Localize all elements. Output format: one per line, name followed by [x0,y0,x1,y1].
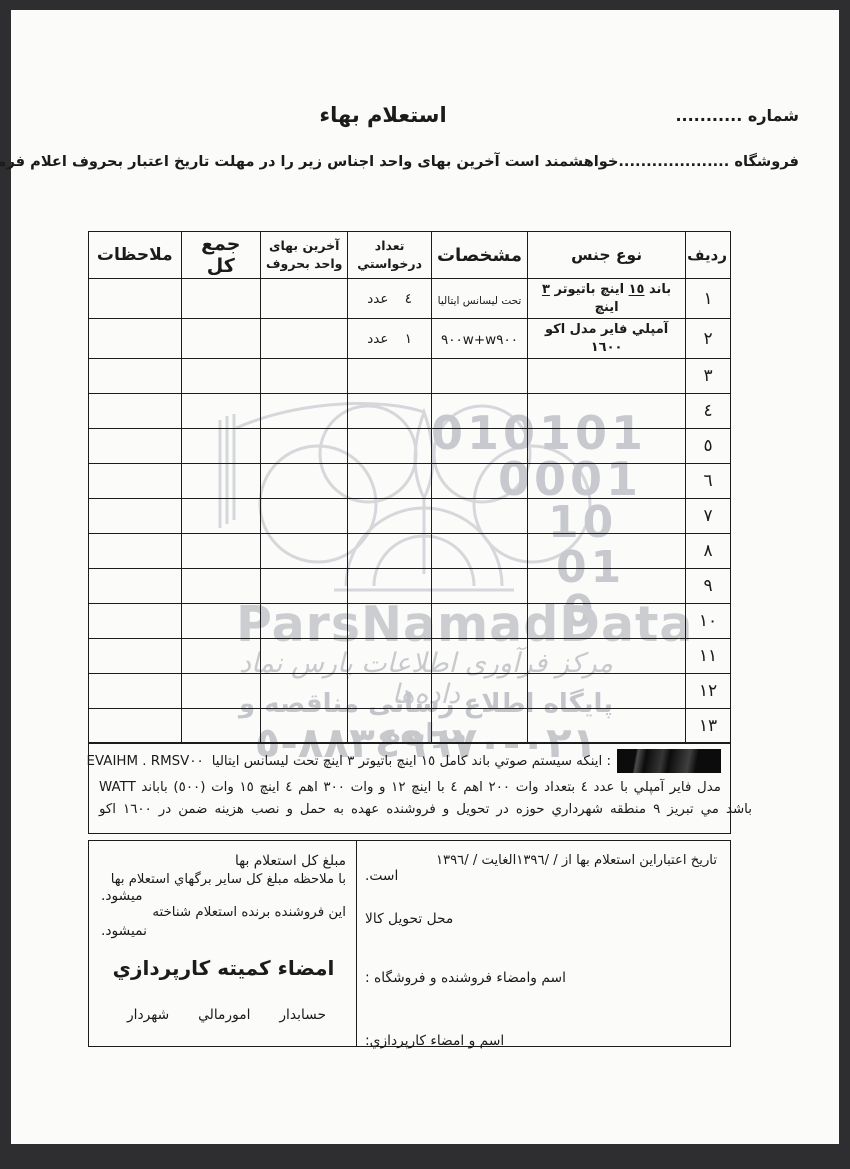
cell-unit_price [261,569,348,604]
cell-specs [431,394,527,429]
cell-unit_price [261,674,348,709]
col-header-unit-price-in-words: آخرین بهایواحد بحروف [261,232,348,279]
col-header-item-type: نوع جنس [528,232,686,279]
cell-type [528,534,686,569]
cell-unit_price [261,319,348,359]
table-row: ٣ [89,359,731,394]
table-row: ٦ [89,464,731,499]
cell-specs: ٩٠٠w+w٩٠٠ [431,319,527,359]
winner-note-continuation: نمیشود. [101,923,346,939]
cell-remarks [89,674,182,709]
cell-remarks [89,279,182,319]
cell-type [528,604,686,639]
cell-type: آمپلي فاير مدل اکو١٦٠٠ [528,319,686,359]
cell-qty [348,464,431,499]
note-line-2-latin: WATT [99,780,136,795]
cell-remarks [89,464,182,499]
cell-type [528,709,686,744]
procurement-officer-signature-label: اسم و امضاء کارپردازي: [365,1033,717,1049]
committee-signature-title: امضاء کمیته کارپردازي [101,956,346,980]
signer-mayor: شهردار [127,1007,169,1023]
cell-type [528,429,686,464]
items-table-body: ١باند ١٥ اینچ باتیوتر ٣اینچتحت لیسانس ای… [89,279,731,744]
cell-total [181,319,261,359]
cell-qty [348,639,431,674]
items-table-wrap: ردیف نوع جنس مشخصات تعداددرخواستي آخرین … [88,231,731,744]
other-sheets-note-line: با ملاحظه مبلغ کل سایر برگهاي استعلام به… [101,872,346,887]
note-line-1: : اینکه سیستم صوتي باند کامل ١٥ اینچ بات… [99,749,721,773]
cell-total [181,429,261,464]
col-header-grand-total: جمع کل [181,232,261,279]
serial-number-label: شماره ........... [675,106,799,125]
signer-financial-affairs: امورمالي [198,1007,250,1023]
cell-no: ١١ [686,639,731,674]
cell-qty: ١ عدد [348,319,431,359]
cell-qty [348,674,431,709]
table-row: ٧ [89,499,731,534]
scanned-form-page: 010101 0001 10 01 0 ParsNamadData مرکز ف… [11,10,839,1144]
winner-note-line: این فروشنده برنده استعلام شناخته [101,905,346,920]
cell-qty [348,604,431,639]
cell-remarks [89,709,182,744]
other-sheets-note-continuation: میشود. [101,888,346,904]
cell-total [181,569,261,604]
cell-remarks [89,429,182,464]
cell-unit_price [261,709,348,744]
cell-no: ٨ [686,534,731,569]
table-row: ٩ [89,569,731,604]
col-header-row-number: ردیف [686,232,731,279]
cell-remarks [89,394,182,429]
seller-signature-label: اسم وامضاء فروشنده و فروشگاه : [365,970,717,986]
cell-specs [431,604,527,639]
cell-type [528,359,686,394]
cell-unit_price [261,429,348,464]
total-amount-label: مبلغ کل استعلام بها [101,853,346,869]
cell-total [181,359,261,394]
signer-roles-row: حسابدار امورمالي شهردار [101,1007,346,1023]
note-line-2: WATT باباند(٥٠٠)وات١٥اینچ٤اهم٣٠٠واتو١٢ای… [99,780,721,795]
page-title: استعلام بهاء [303,103,463,127]
cell-unit_price [261,359,348,394]
table-row: ١٢ [89,674,731,709]
redacted-stamp [617,749,721,773]
cell-no: ١٢ [686,674,731,709]
cell-unit_price [261,499,348,534]
cell-specs [431,569,527,604]
cell-qty [348,359,431,394]
cell-qty [348,429,431,464]
note-line-3: اکو١٦٠٠درضمنهزینهنصبوحملبهعهدهفروشندهوتح… [99,802,721,817]
table-header-row: ردیف نوع جنس مشخصات تعداددرخواستي آخرین … [89,232,731,279]
validity-dates-line: تاریخ اعتباراین استعلام بها از / /١٣٩٦ال… [365,853,717,868]
cell-no: ٤ [686,394,731,429]
cell-remarks [89,319,182,359]
cell-remarks [89,359,182,394]
cell-unit_price [261,534,348,569]
table-row: ٢آمپلي فاير مدل اکو١٦٠٠٩٠٠w+w٩٠٠١ عدد [89,319,731,359]
delivery-place-label: محل تحویل کالا [365,911,717,927]
cell-specs [431,359,527,394]
table-row: ١١ [89,639,731,674]
cell-no: ٧ [686,499,731,534]
note-line-1-text: : اینکه سیستم صوتي باند کامل ١٥ اینچ بات… [212,754,611,769]
cell-specs [431,499,527,534]
col-header-specs: مشخصات [431,232,527,279]
cell-specs: تحت لیسانس ایتالیا [431,279,527,319]
cell-total [181,464,261,499]
cell-no: ١ [686,279,731,319]
cell-qty [348,534,431,569]
cell-qty [348,709,431,744]
cell-remarks [89,639,182,674]
cell-specs [431,709,527,744]
cell-type [528,464,686,499]
signature-right-column: تاریخ اعتباراین استعلام بها از / /١٣٩٦ال… [356,841,730,1046]
cell-no: ٢ [686,319,731,359]
cell-unit_price [261,279,348,319]
cell-unit_price [261,394,348,429]
cell-unit_price [261,604,348,639]
cell-no: ٩ [686,569,731,604]
cell-specs [431,674,527,709]
cell-type [528,394,686,429]
cell-total [181,499,261,534]
cell-remarks [89,499,182,534]
items-table: ردیف نوع جنس مشخصات تعداددرخواستي آخرین … [88,231,731,744]
cell-no: ٣ [686,359,731,394]
cell-qty [348,394,431,429]
cell-type [528,499,686,534]
signature-left-column: مبلغ کل استعلام بها با ملاحظه مبلغ کل سا… [89,841,356,1046]
col-header-requested-qty: تعداددرخواستي [348,232,431,279]
table-row: ١٣ [89,709,731,744]
cell-specs [431,429,527,464]
cell-total [181,604,261,639]
table-row: ١٠ [89,604,731,639]
cell-total [181,709,261,744]
cell-type [528,639,686,674]
cell-qty [348,569,431,604]
table-row: ٥ [89,429,731,464]
cell-remarks [89,569,182,604]
cell-no: ٥ [686,429,731,464]
cell-total [181,674,261,709]
col-header-remarks: ملاحظات [89,232,182,279]
signer-accountant: حسابدار [279,1007,326,1023]
cell-no: ١٣ [686,709,731,744]
cell-total [181,394,261,429]
table-row: ٤ [89,394,731,429]
cell-total [181,639,261,674]
cell-type: باند ١٥ اینچ باتیوتر ٣اینچ [528,279,686,319]
cell-remarks [89,604,182,639]
table-row: ٨ [89,534,731,569]
signature-section: تاریخ اعتباراین استعلام بها از / /١٣٩٦ال… [88,840,731,1047]
instruction-line: فروشگاه ....................خواهشمند است… [83,153,799,170]
cell-specs [431,639,527,674]
cell-unit_price [261,464,348,499]
cell-specs [431,464,527,499]
cell-unit_price [261,639,348,674]
cell-no: ٦ [686,464,731,499]
cell-total [181,534,261,569]
cell-specs [431,534,527,569]
note-line-1-latin: EVAIHM . RMSV٠٠ [87,754,204,769]
cell-remarks [89,534,182,569]
table-row: ١باند ١٥ اینچ باتیوتر ٣اینچتحت لیسانس ای… [89,279,731,319]
cell-qty [348,499,431,534]
cell-type [528,569,686,604]
note-box: : اینکه سیستم صوتي باند کامل ١٥ اینچ بات… [88,742,731,834]
cell-type [528,674,686,709]
cell-qty: ٤ عدد [348,279,431,319]
cell-no: ١٠ [686,604,731,639]
cell-total [181,279,261,319]
validity-line-2: است. [365,868,717,884]
